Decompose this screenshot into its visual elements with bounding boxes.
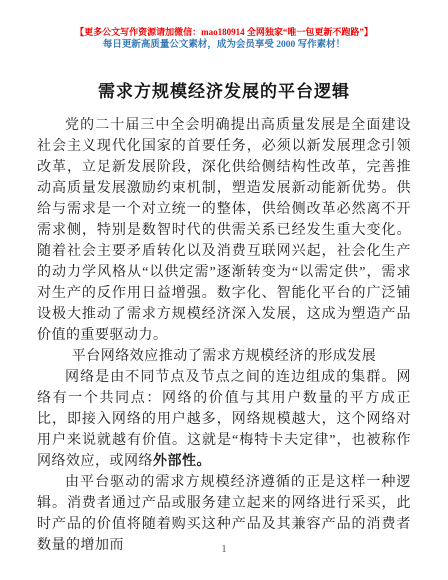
paragraph-network-text: 网络是由不同节点及节点之间的连边组成的集群。网络有一个共同点：网络的价值与其用户… <box>37 370 411 469</box>
paragraph-intro: 党的二十届三中全会明确提出高质量发展是全面建设社会主义现代化国家的首要任务，必须… <box>37 115 411 346</box>
page-number: 1 <box>0 544 448 555</box>
promo-line-red: 【更多公文写作资源请加微信：mao180914 全网独家“唯一包更新不跑路”】 <box>37 26 411 39</box>
promo-line-blue: 每日更新高质量公文素材，成为会员享受 2000 写作素材！ <box>37 39 411 52</box>
paragraph-network-bold-term: 外部性。 <box>153 454 211 469</box>
paragraph-network: 网络是由不同节点及节点之间的连边组成的集群。网络有一个共同点：网络的价值与其用户… <box>37 367 411 472</box>
section-heading: 平台网络效应推动了需求方规模经济的形成发展 <box>37 346 411 367</box>
document-page: 【更多公文写作资源请加微信：mao180914 全网独家“唯一包更新不跑路”】 … <box>0 0 448 580</box>
document-title: 需求方规模经济发展的平台逻辑 <box>37 80 411 103</box>
promo-header: 【更多公文写作资源请加微信：mao180914 全网独家“唯一包更新不跑路”】 … <box>37 26 411 52</box>
document-body: 党的二十届三中全会明确提出高质量发展是全面建设社会主义现代化国家的首要任务，必须… <box>37 115 411 556</box>
